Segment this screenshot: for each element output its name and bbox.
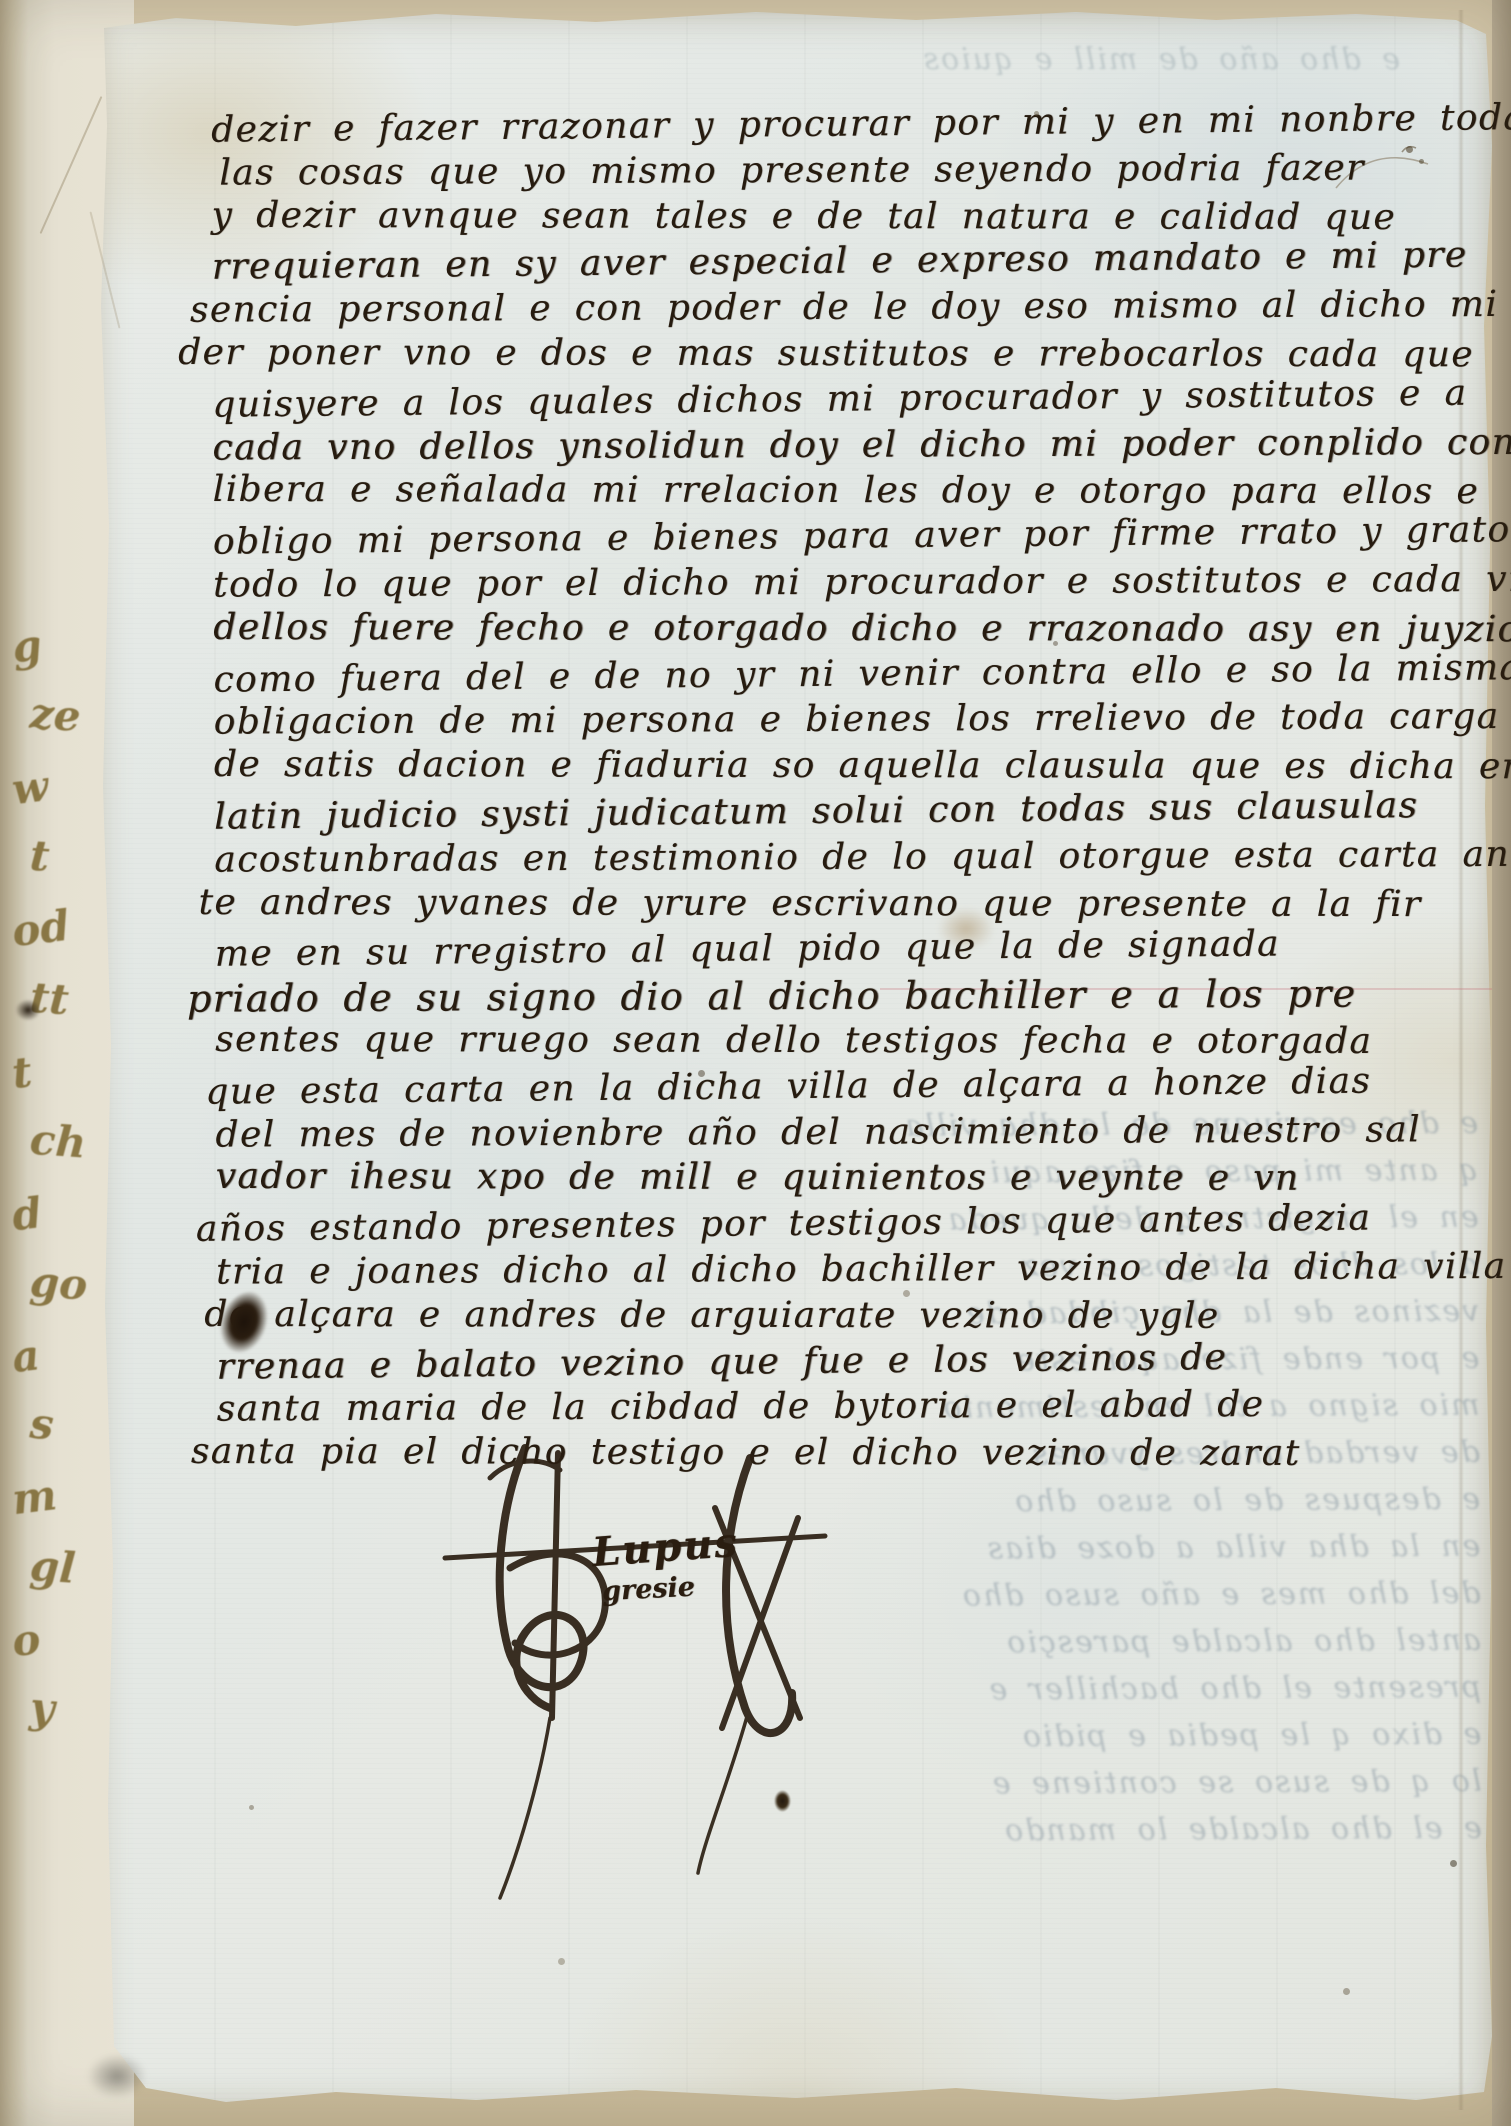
- stub-fragment: m: [4, 1455, 92, 1536]
- manuscript-line: tria e joanes dicho al dicho bachiller v…: [216, 1246, 1406, 1297]
- manuscript-line: todo lo que por el dicho mi procurador e…: [213, 559, 1403, 610]
- stub-fragment: go: [4, 1244, 92, 1321]
- manuscript-line: libera e señalada mi rrelacion les doy e…: [213, 469, 1403, 517]
- manuscript-scan-photo: gzewtodtttchdgoasmgloy e dho año de mill…: [0, 0, 1511, 2126]
- manuscript-line: acostunbradas en testimonio de lo qual o…: [214, 834, 1404, 885]
- manuscript-line: te andres yvanes de yrure escrivano que …: [198, 882, 1404, 930]
- notary-signature: [430, 1418, 890, 1938]
- stub-fragment: o: [4, 1597, 92, 1678]
- manuscript-line: que esta carta en la dicha villa de alça…: [205, 1060, 1405, 1117]
- manuscript-line: rrenaa e balato vezino que fue e los vez…: [216, 1335, 1406, 1392]
- stub-fragment: gl: [4, 1528, 92, 1605]
- manuscript-line: sencia personal e con poder de le doy es…: [190, 285, 1402, 336]
- manuscript-line: vador ihesu xpo de mill e quinientos e v…: [216, 1156, 1406, 1204]
- stub-fragment: od: [4, 887, 92, 968]
- manuscript-line: como fuera del e de no yr ni venir contr…: [213, 648, 1403, 705]
- gray-smudge: [80, 2048, 154, 2104]
- manuscript-line: dezir e fazer rrazonar y procurar por mi…: [211, 98, 1401, 155]
- stub-marginalia: gzewtodtttchdgoasmgloy: [4, 608, 92, 1748]
- stub-fragment: tt: [4, 960, 92, 1037]
- stub-ink-blob: [14, 998, 42, 1022]
- stub-fragment: d: [4, 1171, 92, 1252]
- stub-fragment: t: [4, 818, 92, 895]
- show-through-top: e dho año de mill e quios: [880, 42, 1400, 89]
- manuscript-line: de alçara e andres de arguiarate vezino …: [204, 1294, 1406, 1342]
- stub-fragment: y: [4, 1670, 92, 1747]
- signature-word-secondary: gresie: [601, 1572, 695, 1608]
- manuscript-line: rrequieran en sy aver especial e expreso…: [212, 236, 1402, 293]
- rubric-flourish-svg: [430, 1418, 890, 1938]
- manuscript-line: las cosas que yo mismo presente seyendo …: [219, 147, 1401, 198]
- manuscript-line: latin judicio systi judicatum solui con …: [214, 785, 1404, 842]
- manuscript-line: del mes de novienbre año del nascimiento…: [215, 1109, 1405, 1160]
- manuscript-line: cada vno dellos ynsolidun doy el dicho m…: [212, 422, 1402, 473]
- manuscript-line: de satis dacion e fiaduria so aquella cl…: [214, 744, 1404, 792]
- stub-fragment: a: [4, 1313, 92, 1394]
- manuscript-line: der poner vno e dos e mas sustitutos e r…: [178, 332, 1402, 380]
- stub-fragment: ze: [4, 676, 92, 753]
- show-through-line: e dho año de mill e quios: [880, 42, 1400, 89]
- manuscript-line: me en su rregistro al qual pido que la d…: [215, 923, 1405, 980]
- stub-fragment: ch: [4, 1102, 92, 1179]
- stub-fragment: g: [4, 608, 92, 684]
- stub-fragment: t: [4, 1029, 92, 1110]
- stub-fragment: s: [4, 1386, 92, 1463]
- manuscript-line: sentes que rruego sean dello testigos fe…: [215, 1019, 1405, 1067]
- manuscript-line: dellos fuere fecho e otorgado dicho e rr…: [213, 607, 1403, 655]
- manuscript-line: obligacion de mi persona e bienes los rr…: [214, 697, 1404, 748]
- manuscript-line: y dezir avnque sean tales e de tal natur…: [211, 195, 1401, 243]
- stub-fragment: w: [4, 745, 92, 826]
- ink-specks: [0, 0, 3, 3]
- manuscript-line: obligo mi persona e bienes para aver por…: [213, 510, 1403, 567]
- manuscript-line: quisyere a los quales dichos mi procurad…: [212, 373, 1402, 430]
- manuscript-text-block: dezir e fazer rrazonar y procurar por mi…: [211, 101, 1407, 1480]
- manuscript-line: priado de su signo dio al dicho bachille…: [187, 972, 1405, 1023]
